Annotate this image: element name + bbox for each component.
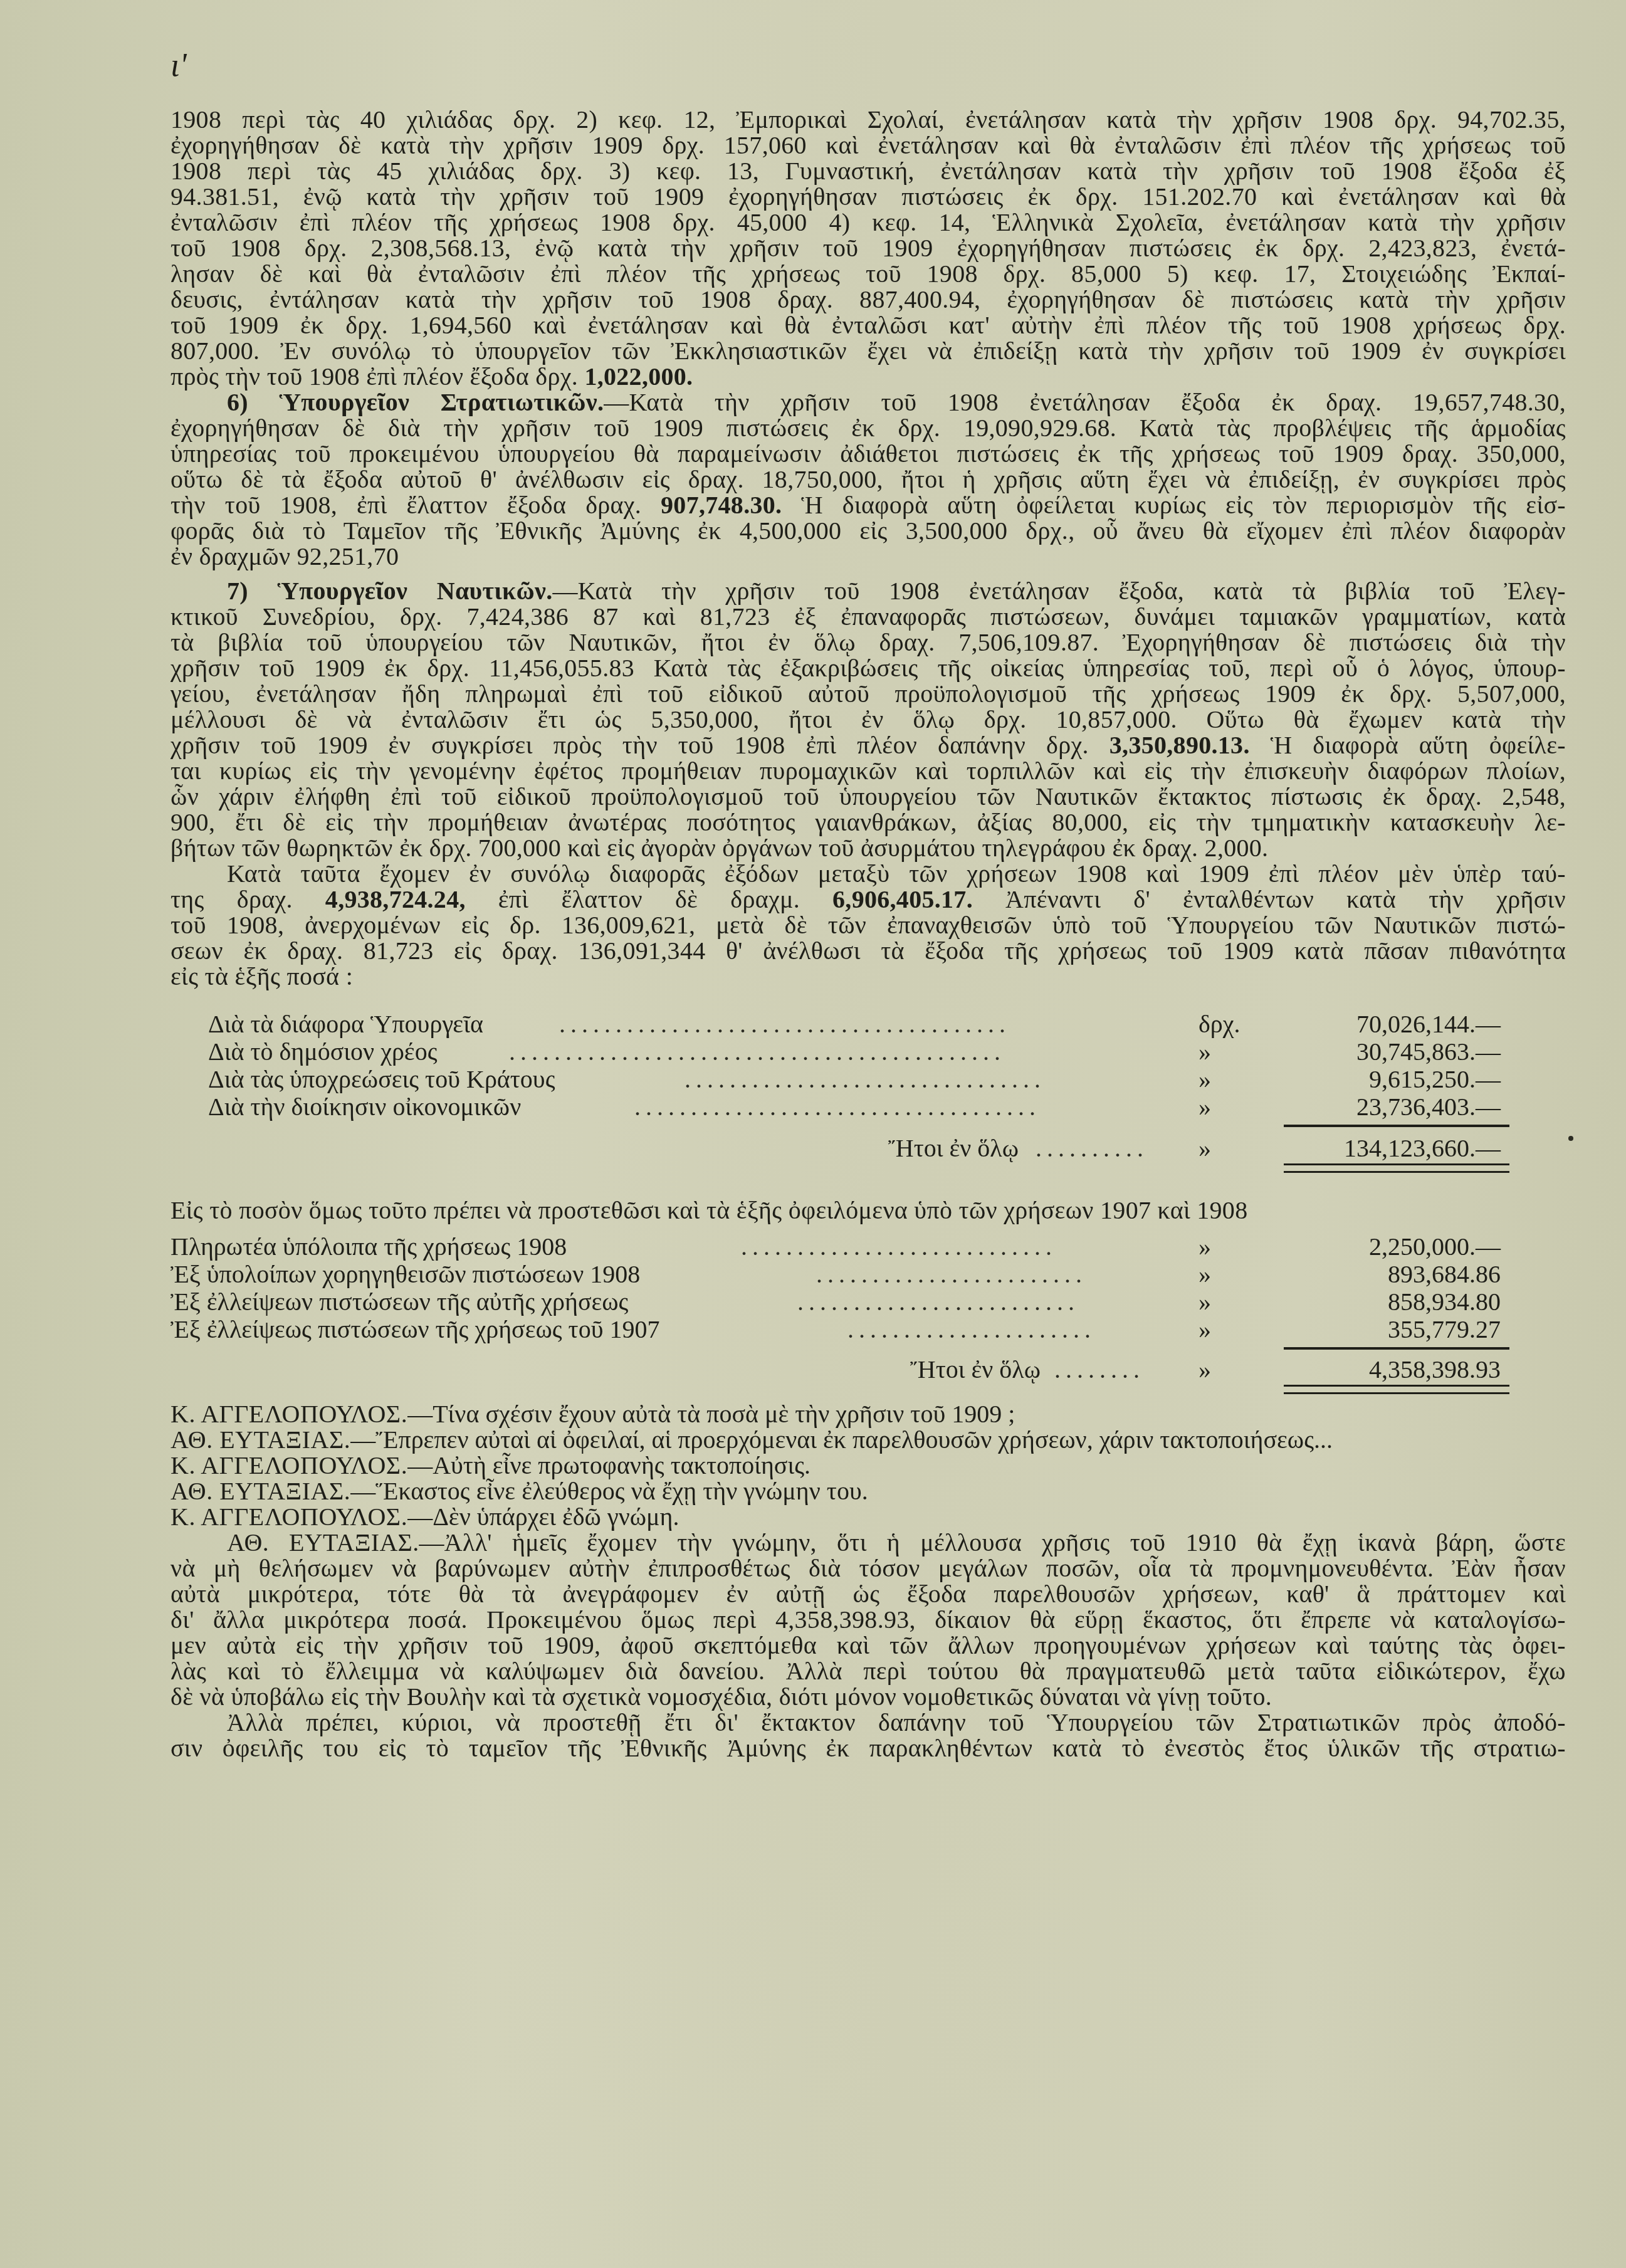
- text-line: της δραχ. 4,938,724.24, ἐπὶ ἔλαττον δὲ δ…: [170, 886, 1566, 912]
- table-row: Διὰ τὸ δημόσιον χρέος ..................…: [170, 1037, 1566, 1064]
- text-line: Ἀλλὰ πρέπει, κύριοι, νὰ προστεθῇ ἔτι δι'…: [170, 1709, 1566, 1735]
- expense-table: Διὰ τὰ διάφορα Ὑπουργεῖα ...............…: [170, 1009, 1566, 1197]
- text-line: ἐχορηγήθησαν δὲ κατὰ τὴν χρῆσιν 1909 δρχ…: [170, 132, 1566, 158]
- section-heading: 7) Ὑπουργεῖον Ναυτικῶν.: [227, 577, 553, 605]
- text-line: βήτων τῶν θωρηκτῶν ἐκ δρχ. 700,000 καὶ ε…: [170, 835, 1566, 861]
- table-row: Ἐξ ἐλλείψεως πιστώσεων τῆς χρήσεως τοῦ 1…: [170, 1315, 1566, 1342]
- text-line: ὑπηρεσίας τοῦ προκειμένου ὑπουργείου θὰ …: [170, 441, 1566, 466]
- dialogue-line: ΑΘ. ΕΥΤΑΞΙΑΣ.—Ἀλλ' ἡμεῖς ἔχομεν τὴν γνώμ…: [170, 1530, 1566, 1555]
- text-line: λὰς καὶ τὸ ἔλλειμμα νὰ καλύψωμεν διὰ δαν…: [170, 1658, 1566, 1684]
- text-line: φορᾶς διὰ τὸ Ταμεῖον τῆς Ἐθνικῆς Ἀμύνης …: [170, 518, 1566, 543]
- double-rule: [1284, 1163, 1509, 1165]
- text-line: 807,000. Ἐν συνόλῳ τὸ ὑπουργεῖον τῶν Ἐκκ…: [170, 338, 1566, 364]
- text-line: τοῦ 1909 ἐκ δρχ. 1,694,560 καὶ ἐνετάλησα…: [170, 312, 1566, 338]
- table-row: Πληρωτέα ὑπόλοιπα τῆς χρήσεως 1908 .....…: [170, 1232, 1566, 1259]
- text-line: σεων ἐκ δραχ. 81,723 εἰς δραχ. 136,091,3…: [170, 938, 1566, 963]
- text-line: 1908 περὶ τὰς 40 χιλιάδας δρχ. 2) κεφ. 1…: [170, 107, 1566, 132]
- speaker-name: Κ. ΑΓΓΕΛΟΠΟΥΛΟΣ.: [170, 1400, 407, 1428]
- text-line: ὧν χάριν ἐλήφθη ἐπὶ τοῦ εἰδικοῦ προϋπολο…: [170, 784, 1566, 809]
- arrears-table: Πληρωτέα ὑπόλοιπα τῆς χρήσεως 1908 .....…: [170, 1232, 1566, 1401]
- text-line: χρῆσιν τοῦ 1909 ἐν συγκρίσει πρὸς τὴν το…: [170, 732, 1566, 758]
- text-line: μέλλουσι δὲ νὰ ἐνταλῶσιν ἔτι ὡς 5,350,00…: [170, 706, 1566, 732]
- text-line: οὕτω δὲ τὰ ἔξοδα αὐτοῦ θ' ἀνέλθωσιν εἰς …: [170, 466, 1566, 492]
- dialogue-line: Κ. ΑΓΓΕΛΟΠΟΥΛΟΣ.—Δὲν ὑπάρχει ἐδῶ γνώμη.: [170, 1504, 1566, 1530]
- text-line: τοῦ 1908, ἀνερχομένων εἰς δρ. 136,009,62…: [170, 912, 1566, 938]
- text-line: σιν ὀφειλῆς του εἰς τὸ ταμεῖον τῆς Ἐθνικ…: [170, 1735, 1566, 1761]
- margin-mark: [1568, 1136, 1573, 1141]
- text-line: τὴν τοῦ 1908, ἐπὶ ἔλαττον ἔξοδα δραχ. 90…: [170, 492, 1566, 518]
- text-line: γείου, ἐνετάλησαν ἤδη πληρωμαὶ ἐπὶ τοῦ ε…: [170, 681, 1566, 706]
- speaker-name: Κ. ΑΓΓΕΛΟΠΟΥΛΟΣ.: [170, 1451, 407, 1479]
- page-number: ι': [170, 47, 187, 84]
- document-body: 1908 περὶ τὰς 40 χιλιάδας δρχ. 2) κεφ. 1…: [170, 107, 1566, 1761]
- text-line: ἐχορηγήθησαν δὲ διὰ τὴν χρῆσιν τοῦ 1909 …: [170, 415, 1566, 441]
- dialogue-line: ΑΘ. ΕΥΤΑΞΙΑΣ.—Ἕκαστος εἶνε ἐλεύθερος νὰ …: [170, 1478, 1566, 1504]
- table-row: Διὰ τὰς ὑποχρεώσεις τοῦ Κράτους ........…: [170, 1064, 1566, 1092]
- sum-rule: [1284, 1347, 1509, 1350]
- text-line: μεν αὐτὰ εἰς τὴν χρῆσιν τοῦ 1909, ἀφοῦ σ…: [170, 1632, 1566, 1658]
- text-line: 1908 περὶ τὰς 45 χιλιάδας δρχ. 3) κεφ. 1…: [170, 158, 1566, 184]
- section-6-heading-line: 6) Ὑπουργεῖον Στρατιωτικῶν.—Κατὰ τὴν χρῆ…: [170, 389, 1566, 415]
- text-line: νὰ μὴ θελήσωμεν νὰ βαρύνωμεν αὐτὴν ἐπιπρ…: [170, 1555, 1566, 1581]
- table-row: Διὰ τὴν διοίκησιν οἰκονομικῶν ..........…: [170, 1092, 1566, 1120]
- speaker-name: ΑΘ. ΕΥΤΑΞΙΑΣ.: [227, 1528, 419, 1557]
- text-line: δι' ἄλλα μικρότερα ποσά. Προκειμένου ὅμω…: [170, 1607, 1566, 1632]
- dialogue-line: Κ. ΑΓΓΕΛΟΠΟΥΛΟΣ.—Τίνα σχέσιν ἔχουν αὐτὰ …: [170, 1401, 1566, 1427]
- speaker-name: ΑΘ. ΕΥΤΑΞΙΑΣ.: [170, 1425, 350, 1454]
- dialogue-line: ΑΘ. ΕΥΤΑΞΙΑΣ.—Ἔπρεπεν αὐταὶ αἱ ὀφειλαί, …: [170, 1427, 1566, 1452]
- text-line: χρῆσιν τοῦ 1909 ἐκ δρχ. 11,456,055.83 Κα…: [170, 655, 1566, 681]
- text-line: δευσις, ἐντάλησαν κατὰ τὴν χρῆσιν τοῦ 19…: [170, 286, 1566, 312]
- text-line: κτικοῦ Συνεδρίου, δρχ. 7,424,386 87 καὶ …: [170, 604, 1566, 629]
- table-total-row: Ἤτοι ἐν ὅλῳ ........ » 4,358,398.93: [170, 1355, 1566, 1382]
- text-line: λησαν δὲ καὶ θὰ ἐνταλῶσιν ἐπὶ πλέον τῆς …: [170, 261, 1566, 286]
- table-row: Ἐξ ἐλλείψεων πιστώσεων τῆς αὐτῆς χρήσεως…: [170, 1287, 1566, 1315]
- text-line: αὐτὰ μικρότερα, τότε θὰ τὰ ἀνεγράφομεν ἐ…: [170, 1581, 1566, 1607]
- text-line: πρὸς τὴν τοῦ 1908 ἐπὶ πλέον ἔξοδα δρχ. 1…: [170, 364, 1566, 389]
- sum-rule: [1284, 1125, 1509, 1127]
- table-total-row: Ἤτοι ἐν ὅλῳ .......... » 134,123,660.—: [170, 1133, 1566, 1161]
- text-line: Εἰς τὸ ποσὸν ὅμως τοῦτο πρέπει νὰ προστε…: [170, 1197, 1566, 1223]
- dialogue-line: Κ. ΑΓΓΕΛΟΠΟΥΛΟΣ.—Αὐτὴ εἶνε πρωτοφανὴς τα…: [170, 1452, 1566, 1478]
- double-rule: [1284, 1385, 1509, 1387]
- text-line: 900, ἔτι δὲ εἰς τὴν προμήθειαν ἀνωτέρας …: [170, 809, 1566, 835]
- table-row: Διὰ τὰ διάφορα Ὑπουργεῖα ...............…: [170, 1009, 1566, 1037]
- text-line: ται κυρίως εἰς τὴν γενομένην ἐφέτος προμ…: [170, 758, 1566, 784]
- text-line: εἰς τὰ ἑξῆς ποσά :: [170, 963, 1566, 989]
- section-7-heading-line: 7) Ὑπουργεῖον Ναυτικῶν.—Κατὰ τὴν χρῆσιν …: [170, 578, 1566, 604]
- section-heading: 6) Ὑπουργεῖον Στρατιωτικῶν.: [227, 388, 604, 416]
- speaker-name: Κ. ΑΓΓΕΛΟΠΟΥΛΟΣ.: [170, 1503, 407, 1531]
- text-line: τοῦ 1908 δρχ. 2,308,568.13, ἐνῷ κατὰ τὴν…: [170, 235, 1566, 261]
- text-line: τὰ βιβλία τοῦ ὑπουργείου τῶν Ναυτικῶν, ἤ…: [170, 629, 1566, 655]
- speaker-name: ΑΘ. ΕΥΤΑΞΙΑΣ.: [170, 1477, 350, 1505]
- text-line: 94.381.51, ἐνῷ κατὰ τὴν χρῆσιν τοῦ 1909 …: [170, 184, 1566, 209]
- total-highlight: 1,022,000.: [584, 362, 693, 391]
- text-line: ἐνταλῶσιν ἐπὶ πλέον τῆς χρήσεως 1908 δρχ…: [170, 209, 1566, 235]
- text-line: ἐν δραχμῶν 92,251,70: [170, 543, 1566, 569]
- text-line: Κατὰ ταῦτα ἔχομεν ἐν συνόλῳ διαφορᾶς ἐξό…: [170, 861, 1566, 886]
- table-row: Ἐξ ὑπολοίπων χορηγηθεισῶν πιστώσεων 1908…: [170, 1259, 1566, 1287]
- text-line: δὲ νὰ ὑποβάλω εἰς τὴν Βουλὴν καὶ τὰ σχετ…: [170, 1684, 1566, 1709]
